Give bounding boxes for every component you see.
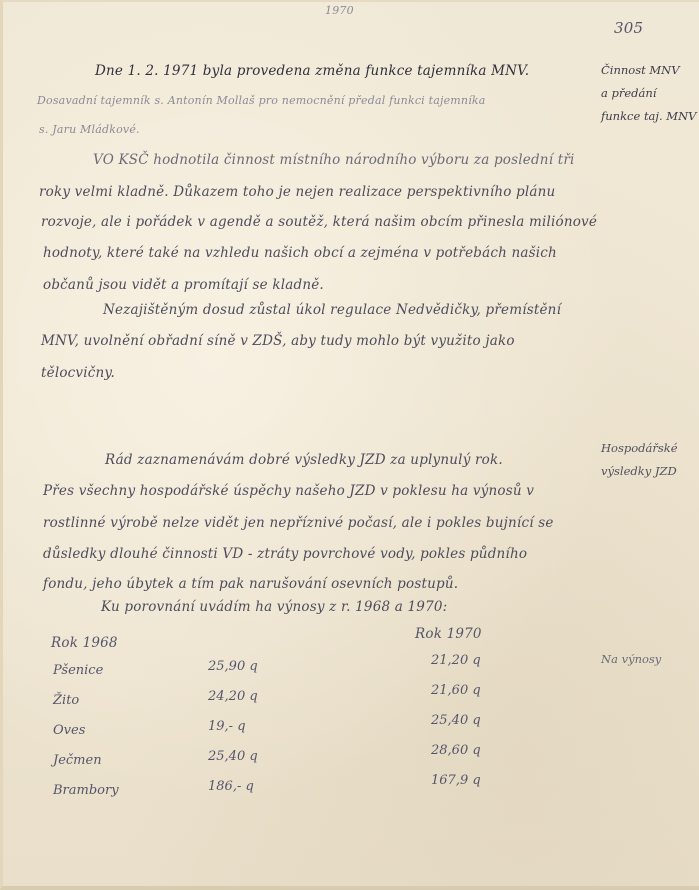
page-number: 305 xyxy=(614,19,643,37)
document-page: 1970 305 Činnost MNV a předání funkce ta… xyxy=(0,0,699,890)
yields-crop-cell: Žito xyxy=(53,686,119,716)
text-line: rostlinné výrobě nelze vidět jen nepřízn… xyxy=(43,515,554,531)
text-line: fondu, jeho úbytek a tím pak narušování … xyxy=(43,576,458,592)
yields-crop-cell: Brambory xyxy=(53,776,119,806)
text-line: s. Jaru Mládkové. xyxy=(39,123,140,136)
margin-note-line: funkce taj. MNV xyxy=(601,105,696,128)
yields-header-1968: Rok 1968 xyxy=(51,635,118,651)
margin-note-activity-mnv: Činnost MNV a předání funkce taj. MNV xyxy=(601,59,696,128)
text-line: Přes všechny hospodářské úspěchy našeho … xyxy=(43,483,534,499)
yields-crop-column: PšeniceŽitoOvesJečmenBrambory xyxy=(53,656,119,806)
yields-header-1970: Rok 1970 xyxy=(415,626,482,642)
yields-1968-cell: 186,- q xyxy=(208,772,258,802)
yields-1968-cell: 25,40 q xyxy=(208,742,258,772)
text-line: Nezajištěným dosud zůstal úkol regulace … xyxy=(103,302,561,318)
yields-1970-cell: 28,60 q xyxy=(431,736,481,766)
yields-crop-cell: Pšenice xyxy=(53,656,119,686)
yields-1970-cell: 21,20 q xyxy=(431,646,481,676)
text-line: hodnoty, které také na vzhledu našich ob… xyxy=(43,245,557,261)
year-stamp: 1970 xyxy=(325,4,354,17)
yields-1970-cell: 25,40 q xyxy=(431,706,481,736)
text-line: MNV, uvolnění obřadní síně v ZDŠ, aby tu… xyxy=(41,333,515,349)
margin-note-line: Činnost MNV xyxy=(601,59,696,82)
text-line: VO KSČ hodnotila činnost místního národn… xyxy=(93,152,575,168)
text-line: občanů jsou vidět a promítají se kladně. xyxy=(43,277,324,293)
margin-note-jzd-results: Hospodářské výsledky JZD xyxy=(601,437,678,483)
text-line: tělocvičny. xyxy=(41,365,115,381)
yields-1970-column: 21,20 q21,60 q25,40 q28,60 q167,9 q xyxy=(431,646,481,796)
margin-note-line: a předání xyxy=(601,82,696,105)
yields-1968-column: 25,90 q24,20 q19,- q25,40 q186,- q xyxy=(208,652,258,802)
text-line: důsledky dlouhé činnosti VD - ztráty pov… xyxy=(43,546,527,562)
text-line: Rád zaznamenávám dobré výsledky JZD za u… xyxy=(105,452,503,468)
yields-1968-cell: 19,- q xyxy=(208,712,258,742)
margin-note-line: výsledky JZD xyxy=(601,460,678,483)
yields-1970-cell: 167,9 q xyxy=(431,766,481,796)
text-line: Ku porovnání uvádím ha výnosy z r. 1968 … xyxy=(101,599,447,615)
yields-crop-cell: Ječmen xyxy=(53,746,119,776)
text-line: roky velmi kladně. Důkazem toho je nejen… xyxy=(39,184,555,200)
yields-1968-cell: 24,20 q xyxy=(208,682,258,712)
yields-crop-cell: Oves xyxy=(53,716,119,746)
yields-1970-cell: 21,60 q xyxy=(431,676,481,706)
text-line: Dne 1. 2. 1971 byla provedena změna funk… xyxy=(95,63,529,79)
text-line: rozvoje, ale i pořádek v agendě a soutěž… xyxy=(41,214,597,230)
margin-note-line: Hospodářské xyxy=(601,437,678,460)
margin-note-yields: Na výnosy xyxy=(601,648,661,671)
text-line: Dosavadní tajemník s. Antonín Mollaš pro… xyxy=(37,94,486,107)
yields-1968-cell: 25,90 q xyxy=(208,652,258,682)
